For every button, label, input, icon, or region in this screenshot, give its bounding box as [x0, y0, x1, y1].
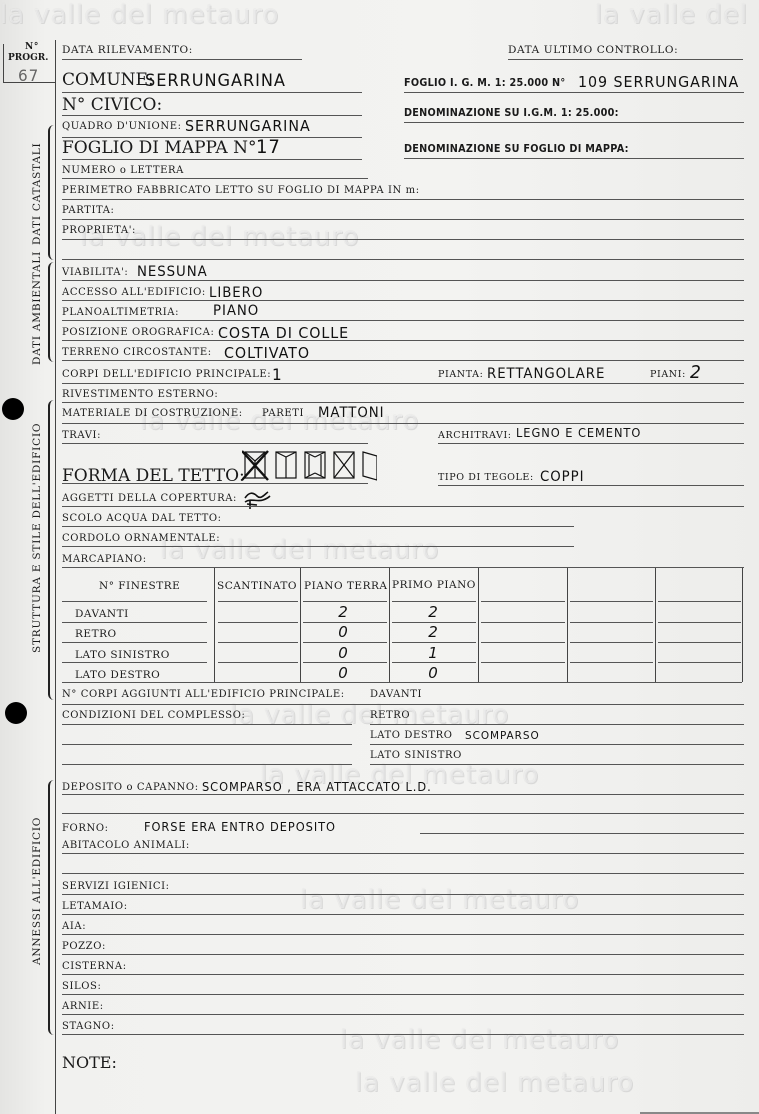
- architravi-value[interactable]: LEGNO E CEMENTO: [516, 426, 641, 440]
- field-line: [62, 934, 744, 935]
- field-line: [404, 92, 744, 93]
- section-brace: [48, 400, 56, 700]
- terreno-label: TERRENO CIRCOSTANTE:: [62, 347, 212, 358]
- section-brace: [48, 125, 56, 260]
- table-header-line: [62, 601, 207, 602]
- gable-roof-icon[interactable]: [276, 452, 296, 478]
- table-row-line: [392, 662, 476, 663]
- table-row-line: [570, 662, 653, 663]
- field-line: [62, 1034, 744, 1035]
- field-line: [370, 724, 744, 725]
- corpi-davanti-label: DAVANTI: [370, 689, 422, 700]
- field-line: [62, 813, 744, 814]
- section-label-catastali: DATI CATASTALI: [31, 143, 43, 246]
- table-divider: [389, 568, 390, 682]
- table-row-line: [658, 662, 741, 663]
- table-row-line: [481, 642, 565, 643]
- field-line: [62, 764, 352, 765]
- denominazione-mappa-label: DENOMINAZIONE SU FOGLIO DI MAPPA:: [404, 142, 629, 155]
- table-row-line: [481, 622, 565, 623]
- primo-piano-value[interactable]: 2: [418, 623, 448, 641]
- field-line: [404, 158, 744, 159]
- table-divider: [567, 568, 568, 682]
- section-brace: [48, 780, 56, 1035]
- field-line: [62, 567, 744, 568]
- abitacolo-label: ABITACOLO ANIMALI:: [62, 840, 190, 851]
- forno-value[interactable]: FORSE ERA ENTRO DEPOSITO: [144, 820, 336, 834]
- table-row-line: [392, 642, 476, 643]
- section-brace: [48, 262, 56, 362]
- progr-label: PROGR.: [8, 53, 48, 63]
- field-line: [62, 280, 744, 281]
- table-divider: [742, 568, 743, 682]
- piani-label: PIANI:: [650, 369, 686, 380]
- corpi-retro-label: RETRO: [370, 710, 410, 721]
- field-line: [62, 199, 744, 200]
- table-row-line: [658, 622, 741, 623]
- table-divider: [655, 568, 656, 682]
- field-line: [62, 300, 744, 301]
- viabilita-label: VIABILITA':: [62, 267, 128, 278]
- survey-form-page: la valle del metauro la valle del metaur…: [0, 0, 759, 1114]
- watermark: la valle del metauro: [340, 1025, 619, 1055]
- table-row-line: [62, 642, 207, 643]
- field-line: [62, 259, 744, 260]
- civico-label: N° CIVICO:: [62, 95, 162, 115]
- table-row-line: [570, 642, 653, 643]
- pareti-value[interactable]: MATTONI: [318, 405, 385, 421]
- field-line: [404, 122, 744, 123]
- corpi-edificio-label: CORPI DELL'EDIFICIO PRINCIPALE:: [62, 369, 271, 380]
- field-line: [62, 383, 744, 384]
- scolo-label: SCOLO ACQUA DAL TETTO:: [62, 513, 222, 524]
- header-primo-piano: PRIMO PIANO: [392, 579, 476, 591]
- shed-roof-icon[interactable]: [363, 452, 377, 480]
- table-bottom: [62, 682, 742, 683]
- silos-label: SILOS:: [62, 981, 101, 992]
- data-ultimo-controllo-label: DATA ULTIMO CONTROLLO:: [508, 44, 678, 56]
- deposito-label: DEPOSITO o CAPANNO:: [62, 782, 199, 793]
- table-row-line: [658, 642, 741, 643]
- table-row-label: RETRO: [75, 628, 117, 640]
- aia-label: AIA:: [62, 921, 86, 932]
- foglio-mappa-value[interactable]: 17: [256, 136, 281, 158]
- piano-terra-value[interactable]: 0: [328, 664, 358, 682]
- foglio-igm-value[interactable]: 109 SERRUNGARINA: [578, 73, 739, 91]
- gable-roof-alt-icon[interactable]: [305, 452, 325, 478]
- watermark: la valle del metauro: [0, 0, 279, 30]
- field-line: [62, 159, 362, 160]
- planoaltimetria-label: PLANOALTIMETRIA:: [62, 307, 179, 318]
- roof-shape-options: [242, 449, 377, 483]
- table-header-line: [303, 601, 387, 602]
- watermark: la valle del metauro: [595, 0, 759, 30]
- partita-label: PARTITA:: [62, 205, 115, 216]
- materiale-label: MATERIALE DI COSTRUZIONE:: [62, 408, 243, 419]
- field-line: [62, 443, 368, 444]
- field-line: [62, 115, 362, 116]
- deposito-value[interactable]: SCOMPARSO , ERA ATTACCATO L.D.: [202, 780, 432, 794]
- table-divider: [300, 568, 301, 682]
- header-piano-terra: PIANO TERRA: [304, 580, 388, 592]
- field-line: [370, 744, 744, 745]
- table-row-line: [62, 622, 207, 623]
- cross-hip-roof-icon[interactable]: [334, 452, 354, 478]
- table-row-line: [218, 642, 298, 643]
- table-row-line: [218, 662, 298, 663]
- foglio-igm-label: FOGLIO I. G. M. 1: 25.000 N°: [404, 76, 566, 89]
- table-row-line: [218, 622, 298, 623]
- field-line: [508, 59, 743, 60]
- letamaio-label: LETAMAIO:: [62, 901, 128, 912]
- field-line: [62, 794, 744, 795]
- field-line: [62, 526, 574, 527]
- numero-lettera-label: NUMERO o LETTERA: [62, 165, 184, 176]
- forno-label: FORNO:: [62, 823, 109, 834]
- header-scantinato: SCANTINATO: [217, 580, 297, 592]
- piano-terra-value[interactable]: 0: [328, 644, 358, 662]
- field-line: [62, 423, 744, 424]
- field-line: [370, 764, 744, 765]
- table-row-line: [481, 662, 565, 663]
- condizioni-label: CONDIZIONI DEL COMPLESSO:: [62, 710, 246, 721]
- comune-value[interactable]: SERRUNGARINA: [145, 71, 286, 91]
- table-row-label: LATO DESTRO: [75, 669, 160, 681]
- field-line: [62, 724, 352, 725]
- table-header-line: [570, 601, 653, 602]
- field-line: [62, 92, 362, 93]
- field-line: [62, 178, 368, 179]
- marcapiano-label: MARCAPIANO:: [62, 554, 147, 565]
- section-label-ambientali: DATI AMBIENTALI: [31, 251, 43, 365]
- field-line: [62, 546, 574, 547]
- field-line: [62, 239, 744, 240]
- field-line: [62, 744, 352, 745]
- viabilita-value[interactable]: NESSUNA: [137, 264, 208, 280]
- field-line: [438, 485, 744, 486]
- servizi-label: SERVIZI IGIENICI:: [62, 881, 170, 892]
- quadro-unione-label: QUADRO D'UNIONE:: [62, 121, 182, 132]
- rivestimento-label: RIVESTIMENTO ESTERNO:: [62, 389, 218, 400]
- corpi-edificio-value[interactable]: 1: [272, 365, 283, 384]
- binder-hole: [2, 398, 24, 420]
- tegole-value[interactable]: COPPI: [540, 469, 584, 485]
- progr-n-label: N°: [25, 42, 39, 52]
- field-line: [62, 894, 744, 895]
- table-divider: [478, 568, 479, 682]
- table-divider: [214, 568, 215, 682]
- proprieta-label: PROPRIETA':: [62, 225, 136, 236]
- aggetti-label: AGGETTI DELLA COPERTURA:: [62, 493, 237, 504]
- field-line: [62, 219, 744, 220]
- field-line: [438, 443, 744, 444]
- corpi-lato-destro-value[interactable]: SCOMPARSO: [465, 729, 540, 742]
- field-line: [62, 974, 744, 975]
- primo-piano-value[interactable]: 0: [418, 664, 448, 682]
- binder-hole: [5, 702, 27, 724]
- travi-label: TRAVI:: [62, 430, 101, 441]
- perimetro-label: PERIMETRO FABBRICATO LETTO SU FOGLIO DI …: [62, 185, 420, 196]
- architravi-label: ARCHITRAVI:: [438, 430, 512, 441]
- cordolo-label: CORDOLO ORNAMENTALE:: [62, 533, 220, 544]
- field-line: [62, 340, 744, 341]
- progr-box-border: [3, 44, 4, 82]
- header-finestre: N° FINESTRE: [99, 580, 180, 592]
- primo-piano-value[interactable]: 1: [418, 644, 448, 662]
- field-line: [62, 954, 744, 955]
- field-line: [62, 483, 368, 484]
- watermark: la valle del metauro: [355, 1068, 634, 1098]
- primo-piano-value[interactable]: 2: [418, 603, 448, 621]
- cisterna-label: CISTERNA:: [62, 961, 127, 972]
- hip-roof-icon[interactable]: [242, 451, 268, 480]
- table-header-line: [481, 601, 565, 602]
- denominazione-igm-label: DENOMINAZIONE SU I.G.M. 1: 25.000:: [404, 106, 619, 119]
- section-label-struttura: STRUTTURA E STILE DELL'EDIFICIO: [31, 423, 43, 653]
- foglio-mappa-label: FOGLIO DI MAPPA N°: [62, 138, 256, 158]
- table-row-label: LATO SINISTRO: [75, 649, 170, 661]
- accesso-value[interactable]: LIBERO: [209, 285, 263, 301]
- planoaltimetria-value[interactable]: PIANO: [213, 303, 259, 319]
- quadro-unione-value[interactable]: SERRUNGARINA: [185, 117, 311, 135]
- watermark: la valle del metauro: [300, 885, 579, 915]
- note-label: NOTE:: [62, 1053, 117, 1072]
- posizione-orografica-label: POSIZIONE OROGRAFICA:: [62, 327, 214, 338]
- piani-value[interactable]: 2: [690, 362, 702, 383]
- field-line: [62, 360, 744, 361]
- table-row-line: [303, 662, 387, 663]
- piano-terra-value[interactable]: 0: [328, 623, 358, 641]
- progr-value: 67: [18, 66, 39, 85]
- table-row-label: DAVANTI: [75, 608, 129, 620]
- field-line: [62, 1014, 744, 1015]
- table-row-line: [303, 642, 387, 643]
- field-line: [62, 506, 744, 507]
- arnie-label: ARNIE:: [62, 1001, 104, 1012]
- field-line: [62, 402, 744, 403]
- pareti-label: PARETI: [262, 408, 304, 419]
- data-rilevamento-label: DATA RILEVAMENTO:: [62, 44, 193, 56]
- field-line: [62, 320, 744, 321]
- piano-terra-value[interactable]: 2: [328, 603, 358, 621]
- field-line: [62, 994, 744, 995]
- table-header-line: [218, 601, 298, 602]
- field-line: [62, 704, 744, 705]
- tegole-label: TIPO DI TEGOLE:: [438, 472, 534, 483]
- table-header-line: [658, 601, 741, 602]
- corpi-lato-destro-label: LATO DESTRO: [370, 730, 453, 741]
- field-line: [62, 873, 744, 874]
- field-line: [62, 853, 744, 854]
- table-row-line: [62, 662, 207, 663]
- field-line: [62, 914, 744, 915]
- section-label-annessi: ANNESSI ALL'EDIFICIO: [31, 817, 43, 965]
- table-row-line: [570, 622, 653, 623]
- table-header-line: [392, 601, 476, 602]
- pianta-label: PIANTA:: [438, 369, 483, 380]
- corpi-aggiunti-label: N° CORPI AGGIUNTI ALL'EDIFICIO PRINCIPAL…: [62, 689, 345, 700]
- stagno-label: STAGNO:: [62, 1021, 115, 1032]
- field-line: [420, 833, 744, 834]
- comune-label: COMUNE:: [62, 70, 154, 90]
- corpi-lato-sinistro-label: LATO SINISTRO: [370, 750, 462, 761]
- accesso-label: ACCESSO ALL'EDIFICIO:: [62, 287, 206, 298]
- pozzo-label: POZZO:: [62, 941, 106, 952]
- field-line: [62, 59, 302, 60]
- pianta-value[interactable]: RETTANGOLARE: [487, 366, 605, 382]
